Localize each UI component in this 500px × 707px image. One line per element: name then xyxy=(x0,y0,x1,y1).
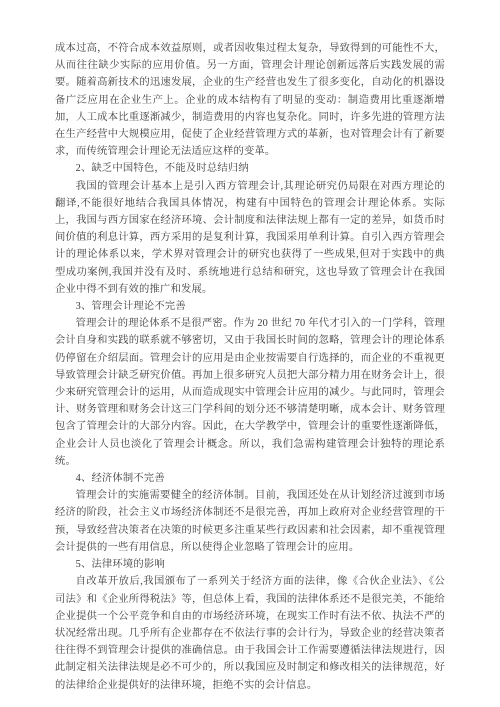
heading-3-imperfect-theory: 3、管理会计理论不完善 xyxy=(55,298,445,315)
paragraph-legal-environment-issues: 自改革开放后,我国颁布了一系列关于经济方面的法律，像《合伙企业法》、《公司法》和… xyxy=(55,573,445,693)
heading-5-legal-environment-impact: 5、法律环境的影响 xyxy=(55,556,445,573)
document-page: 成本过高，不符合成本效益原则，或者因收集过程太复杂，导致得到的可能性不大，从而往… xyxy=(0,0,500,707)
paragraph-economic-system-issues: 管理会计的实施需要健全的经济体制。目前，我国还处在从计划经济过渡到市场经济的阶段… xyxy=(55,487,445,556)
paragraph-cost-issues-continuation: 成本过高，不符合成本效益原则，或者因收集过程太复杂，导致得到的可能性不大，从而往… xyxy=(55,40,445,160)
document-body: 成本过高，不符合成本效益原则，或者因收集过程太复杂，导致得到的可能性不大，从而往… xyxy=(55,40,445,694)
page-number: 9 xyxy=(248,661,253,671)
heading-4-imperfect-economic-system: 4、经济体制不完善 xyxy=(55,470,445,487)
heading-2-lack-chinese-characteristics: 2、缺乏中国特色，不能及时总结归纳 xyxy=(55,160,445,177)
paragraph-western-accounting-adoption: 我国的管理会计基本上是引入西方管理会计,其理论研究仍局限在对西方理论的翻译,不能… xyxy=(55,178,445,298)
page-footer: 9 xyxy=(0,656,500,674)
paragraph-theory-system-issues: 管理会计的理论体系不是很严密。作为 20 世纪 70 年代才引入的一门学科，管理… xyxy=(55,315,445,470)
